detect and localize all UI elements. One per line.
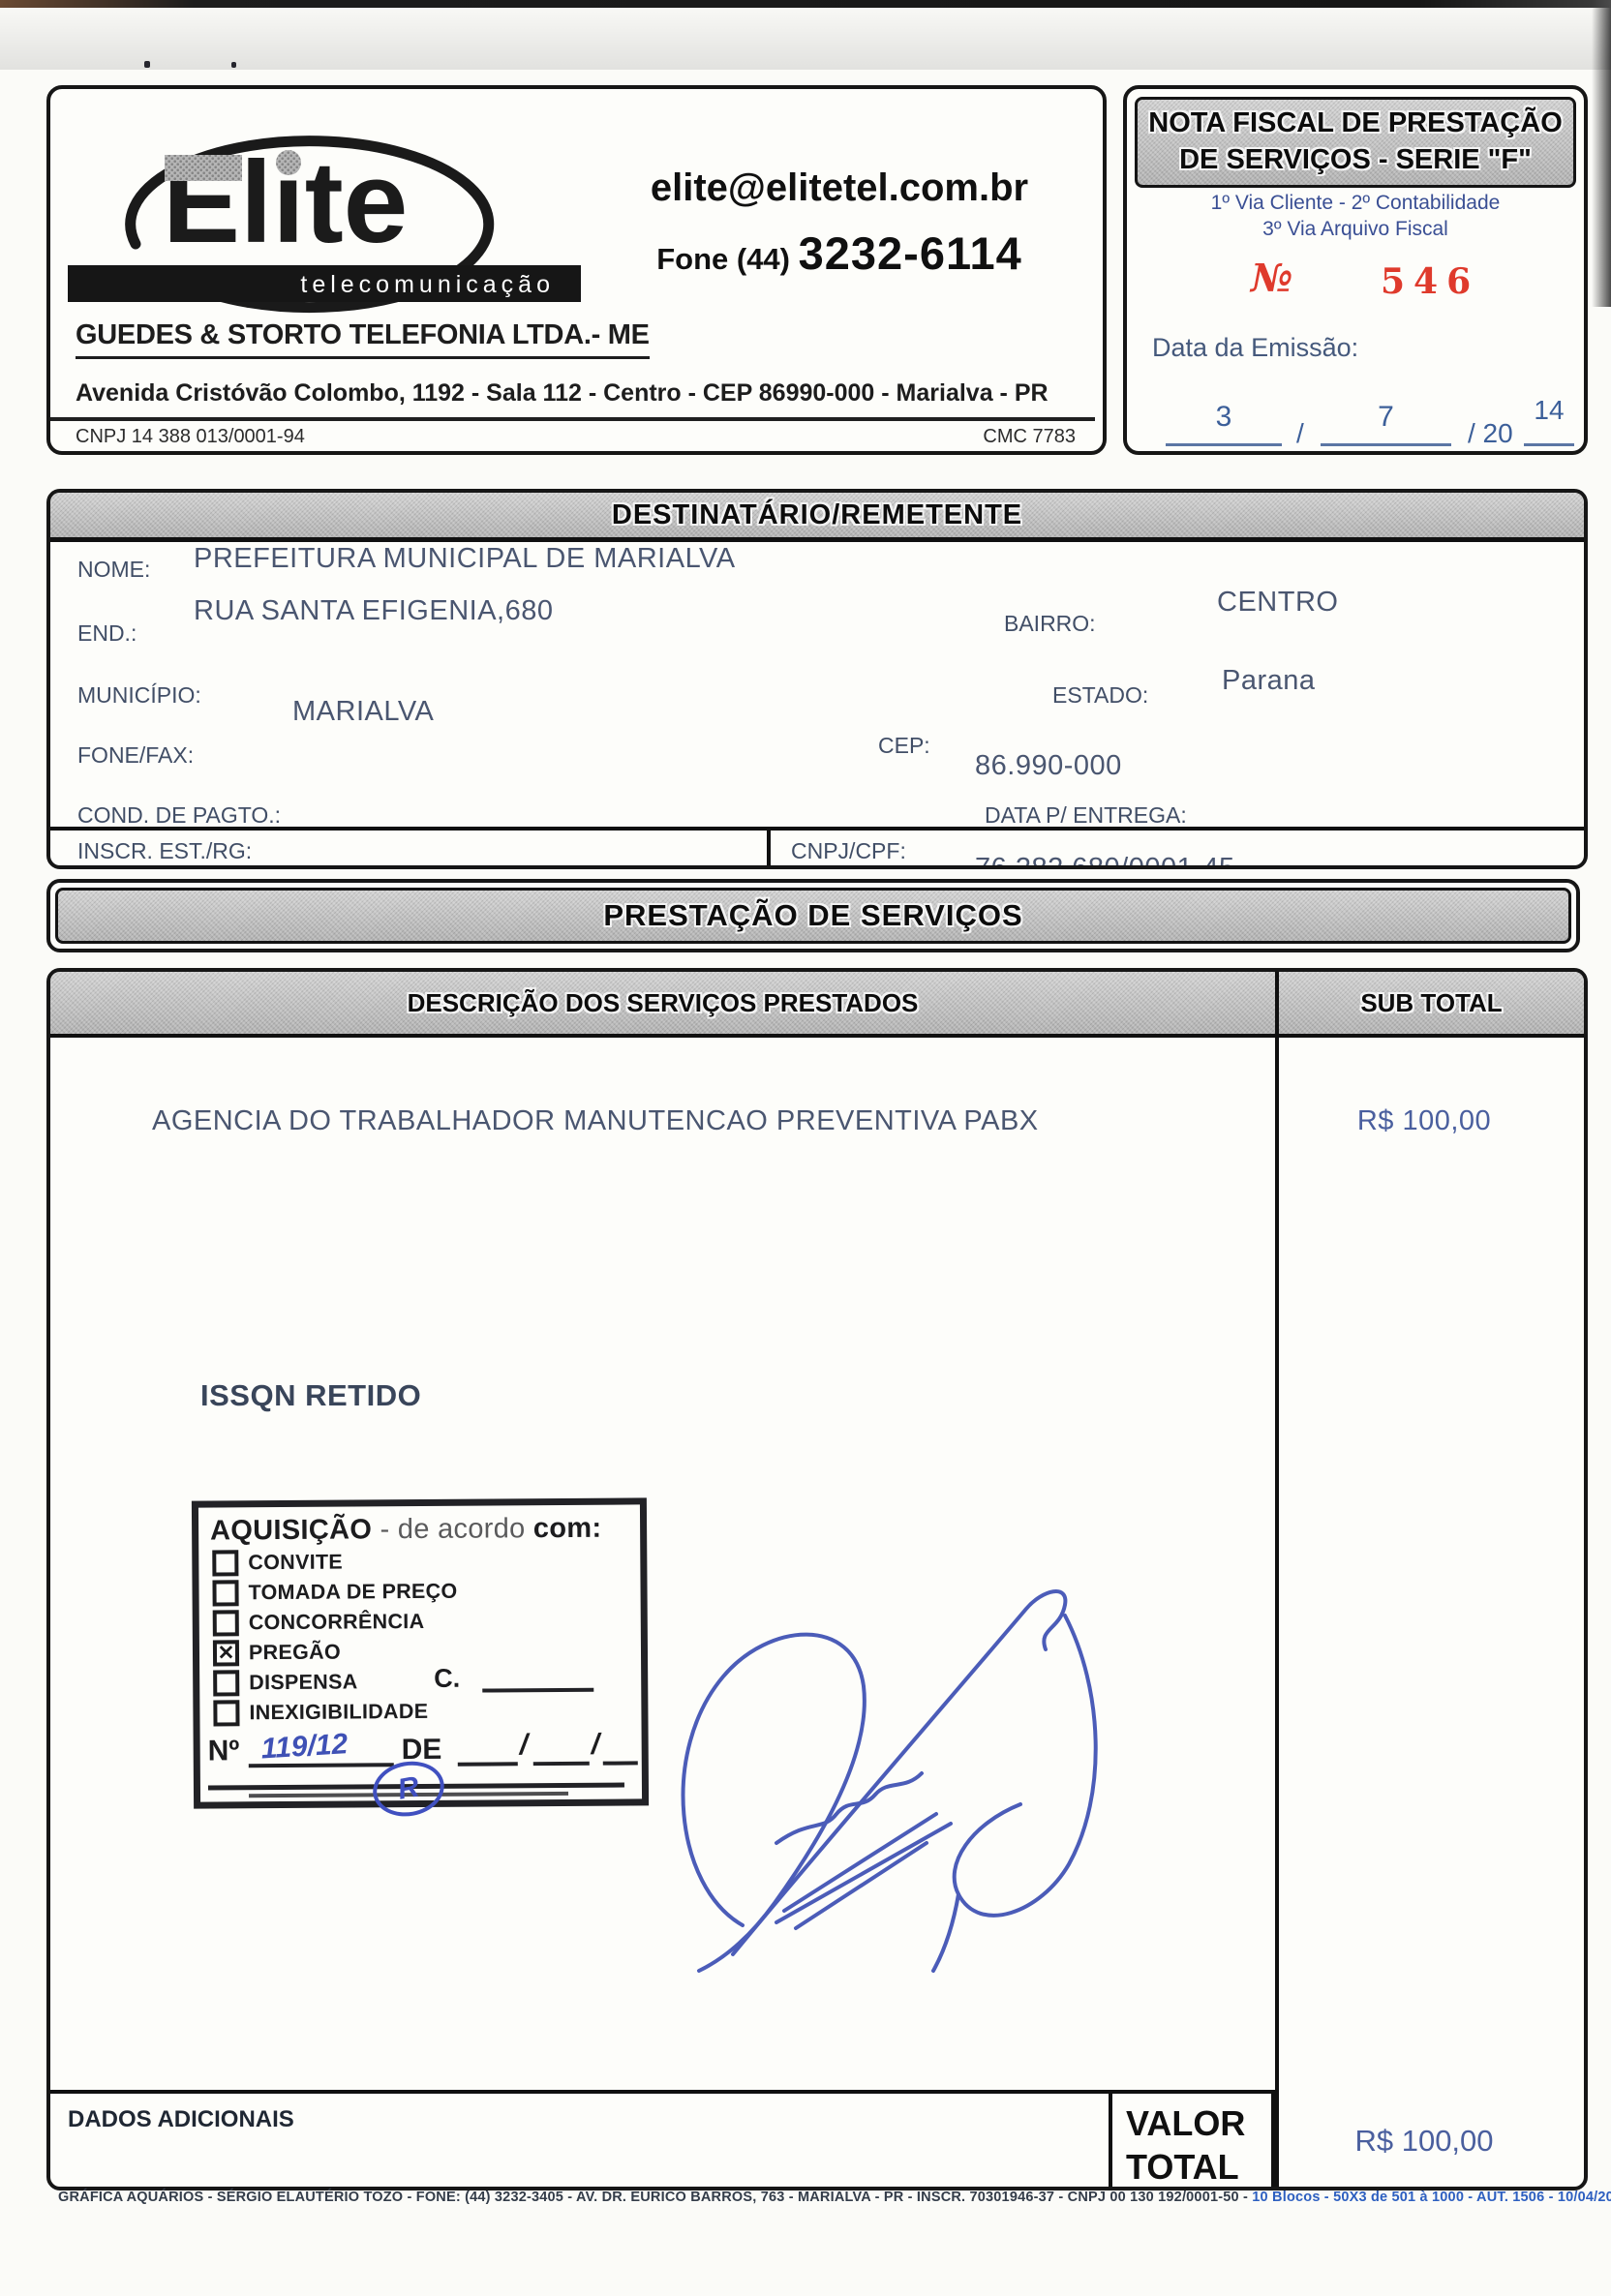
value-end: RUA SANTA EFIGENIA,680 [194, 595, 553, 627]
issuer-cmc: CMC 7783 [983, 426, 1076, 448]
total-label: TOTAL [1126, 2145, 1271, 2189]
checkbox-checked-icon: ✕ [213, 1640, 239, 1666]
stamp-option-pregao: ✕ PREGÃO [213, 1636, 641, 1667]
label-estado: ESTADO: [1052, 682, 1148, 709]
stamp-option-label: INEXIGIBILIDADE [249, 1700, 428, 1725]
value-nome: PREFEITURA MUNICIPAL DE MARIALVA [194, 543, 736, 575]
phone-number: 3232-6114 [799, 227, 1022, 279]
stamp-option-convite: CONVITE [212, 1546, 640, 1577]
print-shop-footer: GRÁFICA AQUÁRIOS - SÉRGIO ELAUTÉRIO TOZO… [58, 2190, 1580, 2205]
issqn-note: ISSQN RETIDO [200, 1378, 421, 1413]
stamp-option-label: CONVITE [248, 1551, 343, 1576]
scanned-invoice-page: Elite telecomunicação elite@elitetel.com… [0, 0, 1611, 2296]
elite-logo: Elite telecomunicação [66, 99, 608, 321]
invoice-number-symbol: № [1251, 256, 1292, 301]
logo-gray-dot [276, 150, 301, 175]
acquisition-stamp: AQUISIÇÃO - de acordo com: CONVITE TOMAD… [192, 1497, 649, 1808]
logo-tagline: telecomunicação [300, 271, 555, 298]
services-table: DESCRIÇÃO DOS SERVIÇOS PRESTADOS SUB TOT… [46, 968, 1588, 2190]
label-data-entrega: DATA P/ ENTREGA: [985, 802, 1187, 829]
stamp-title: AQUISIÇÃO - de acordo com: [198, 1504, 640, 1547]
value-municipio: MARIALVA [292, 696, 434, 728]
recipient-banner-title: DESTINATÁRIO/REMETENTE [612, 499, 1022, 531]
stamp-option-label: DISPENSA [249, 1670, 357, 1695]
signature-graphic [631, 1524, 1135, 1979]
recipient-box: DESTINATÁRIO/REMETENTE NOME: PREFEITURA … [46, 489, 1588, 869]
stamp-c-line [482, 1688, 593, 1693]
elite-logo-graphic: Elite telecomunicação [66, 99, 608, 321]
checkbox-icon [213, 1700, 239, 1726]
invoice-title-line2: DE SERVIÇOS - SERIE "F" [1179, 142, 1532, 179]
issuer-phone: Fone (44) 3232-6114 [593, 227, 1086, 280]
recipient-divider [767, 831, 771, 865]
label-cnpjcpf: CNPJ/CPF: [791, 838, 906, 864]
footer-main-text: GRÁFICA AQUÁRIOS - SÉRGIO ELAUTÉRIO TOZO… [58, 2190, 1252, 2205]
invoice-number-box: NOTA FISCAL DE PRESTAÇÃO DE SERVIÇOS - S… [1123, 85, 1588, 455]
date-slash-2: / 20 [1468, 418, 1513, 449]
stamp-date-underline [458, 1762, 518, 1766]
label-cep: CEP: [878, 733, 930, 759]
emission-year-field: 14 [1524, 395, 1574, 446]
recipient-banner: DESTINATÁRIO/REMETENTE [50, 493, 1584, 542]
dados-top-line [50, 2090, 1112, 2094]
emission-month-field: 7 [1321, 401, 1451, 446]
stamp-date-slash: / [592, 1729, 600, 1762]
checkbox-icon [213, 1610, 239, 1636]
label-nome: NOME: [77, 557, 150, 583]
service-description: AGENCIA DO TRABALHADOR MANUTENCAO PREVEN… [152, 1105, 1217, 1137]
col-header-description: DESCRIÇÃO DOS SERVIÇOS PRESTADOS [50, 972, 1275, 1038]
scan-bottom-shadow [0, 0, 1611, 70]
stamp-date-underline [533, 1762, 590, 1766]
checkbox-icon [212, 1550, 238, 1576]
stamp-date-slash: / [520, 1729, 529, 1762]
stamp-c-label: C. [434, 1664, 460, 1694]
value-cnpjcpf: 76.282.680/0001-45 [975, 853, 1235, 869]
emission-date-label: Data da Emissão: [1152, 333, 1358, 363]
invoice-number-value: 546 [1381, 261, 1479, 302]
total-value: R$ 100,00 [1279, 2124, 1569, 2159]
stamp-option-label: PREGÃO [249, 1641, 341, 1666]
dados-adicionais-label: DADOS ADICIONAIS [68, 2106, 294, 2133]
checkbox-icon [213, 1670, 239, 1696]
value-estado: Parana [1222, 665, 1316, 697]
issuer-email: elite@elitetel.com.br [593, 166, 1086, 210]
value-cep: 86.990-000 [975, 750, 1122, 782]
services-banner-title: PRESTAÇÃO DE SERVIÇOS [603, 898, 1022, 933]
label-end: END.: [77, 620, 137, 647]
stamp-number-handwritten: 119/12 [260, 1728, 349, 1766]
services-banner-box: PRESTAÇÃO DE SERVIÇOS [46, 879, 1580, 952]
stamp-option-inexigibilidade: INEXIGIBILIDADE [213, 1696, 641, 1727]
valor-label: VALOR [1126, 2101, 1271, 2145]
stamp-option-label: CONCORRÊNCIA [249, 1610, 425, 1635]
via-line2: 3º Via Arquivo Fiscal [1127, 216, 1584, 243]
footer-blue-text: 10 Blocos - 50X3 de 501 à 1000 - AUT. 15… [1252, 2190, 1611, 2205]
stamp-number-label: Nº [208, 1735, 240, 1767]
via-line1: 1º Via Cliente - 2º Contabilidade [1127, 190, 1584, 217]
valor-total-cell: VALOR TOTAL [1109, 2090, 1275, 2187]
invoice-title-banner: NOTA FISCAL DE PRESTAÇÃO DE SERVIÇOS - S… [1135, 97, 1576, 188]
issuer-company-name: GUEDES & STORTO TELEFONIA LTDA.- ME [76, 319, 650, 359]
label-municipio: MUNICÍPIO: [77, 682, 201, 709]
label-fonefax: FONE/FAX: [77, 742, 194, 769]
stamp-title-strong2: com: [533, 1513, 602, 1544]
logo-gray-block [165, 155, 242, 181]
issuer-address: Avenida Cristóvão Colombo, 1192 - Sala 1… [76, 379, 1049, 407]
services-banner: PRESTAÇÃO DE SERVIÇOS [55, 888, 1571, 944]
emission-day-field: 3 [1166, 401, 1282, 446]
label-inscr: INSCR. EST./RG: [77, 838, 252, 864]
label-bairro: BAIRRO: [1004, 611, 1096, 637]
date-slash-1: / [1296, 418, 1304, 449]
value-bairro: CENTRO [1217, 587, 1338, 619]
issuer-header-box: Elite telecomunicação elite@elitetel.com… [46, 85, 1107, 455]
stamp-option-tomada: TOMADA DE PREÇO [212, 1576, 640, 1607]
phone-label: Fone (44) [656, 242, 798, 276]
stamp-title-mid: - de acordo [372, 1513, 533, 1545]
table-column-divider [1275, 972, 1279, 2187]
stamp-option-concorrencia: CONCORRÊNCIA [213, 1606, 641, 1637]
issuer-cnpj: CNPJ 14 388 013/0001-94 [76, 426, 305, 448]
checkbox-icon [212, 1580, 238, 1606]
col-header-subtotal-label: SUB TOTAL [1360, 988, 1502, 1018]
signature [631, 1524, 1135, 1979]
invoice-title-line1: NOTA FISCAL DE PRESTAÇÃO [1148, 106, 1563, 142]
col-header-subtotal: SUB TOTAL [1279, 972, 1584, 1038]
stamp-option-label: TOMADA DE PREÇO [248, 1580, 457, 1606]
stamp-title-strong1: AQUISIÇÃO [210, 1514, 372, 1546]
service-subtotal: R$ 100,00 [1279, 1105, 1569, 1137]
col-header-description-label: DESCRIÇÃO DOS SERVIÇOS PRESTADOS [408, 988, 919, 1018]
stamp-option-dispensa: DISPENSA C. [213, 1666, 641, 1697]
label-cond-pagto: COND. DE PAGTO.: [77, 802, 281, 829]
